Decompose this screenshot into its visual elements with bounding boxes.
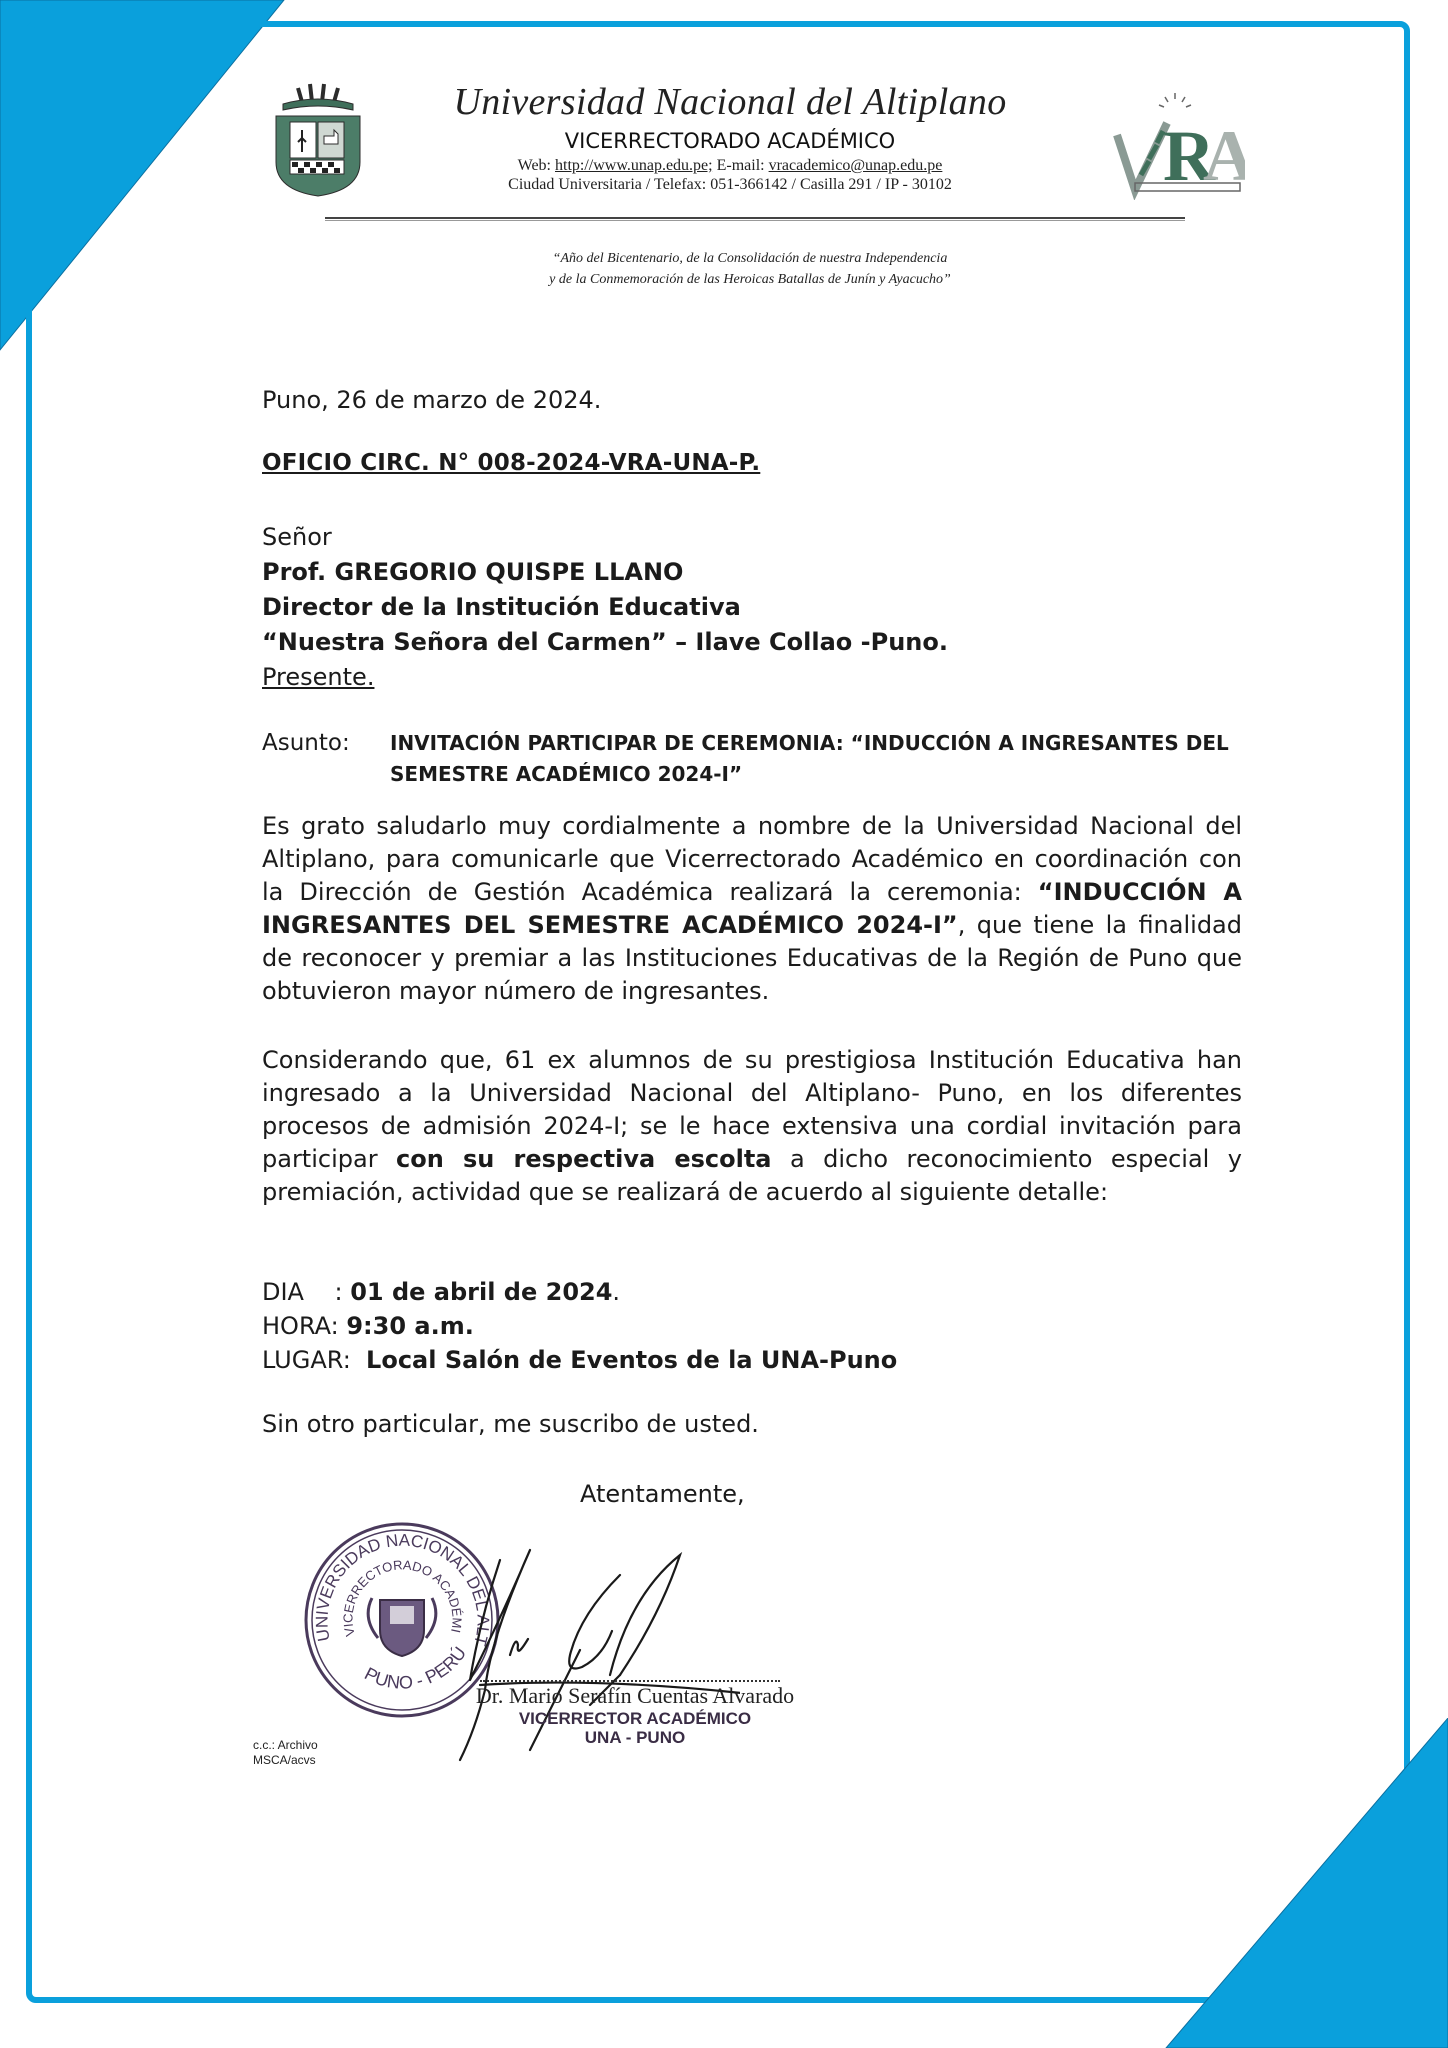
place-value: Local Salón de Eventos de la UNA-Puno [366,1343,897,1377]
detail-place: LUGAR: Local Salón de Eventos de la UNA-… [262,1343,1242,1377]
day-label: DIA : [262,1275,350,1309]
event-details: DIA : 01 de abril de 2024. HORA: 9:30 a.… [262,1275,1242,1377]
letter-date: Puno, 26 de marzo de 2024. [262,386,1242,414]
escort-emphasis: con su respectiva escolta [396,1145,771,1173]
day-value: 01 de abril de 2024 [350,1275,612,1309]
signer-organization: UNA - PUNO [470,1728,800,1747]
paragraph-1: Es grato saludarlo muy cordialmente a no… [262,810,1242,1008]
svg-text:A: A [1203,116,1245,196]
university-name: Universidad Nacional del Altiplano [380,80,1080,124]
salutation: Señor [262,520,1242,555]
valediction: Atentamente, [580,1480,745,1508]
contact-address: Ciudad Universitaria / Telefax: 051-3661… [380,175,1080,194]
time-value: 9:30 a.m. [346,1309,474,1343]
email-link[interactable]: vracademico@unap.edu.pe [769,157,943,174]
letterhead-rule [325,217,1185,221]
closing-line: Sin otro particular, me suscribo de uste… [262,1410,1242,1438]
recipient-role: Director de la Institución Educativa [262,590,1242,625]
carbon-copy-note: c.c.: Archivo MSCA/acvs [253,1738,318,1768]
detail-time: HORA: 9:30 a.m. [262,1309,1242,1343]
motto-line-1: “Año del Bicentenario, de la Consolidaci… [400,248,1100,269]
time-label: HORA: [262,1309,346,1343]
addressee-block: Señor Prof. GREGORIO QUISPE LLANO Direct… [262,520,1242,695]
university-crest-icon [268,82,368,200]
year-motto: “Año del Bicentenario, de la Consolidaci… [400,248,1100,290]
web-label: Web: [518,157,555,174]
cc-archive: c.c.: Archivo [253,1738,318,1753]
signer-title: VICERRECTOR ACADÉMICO [470,1709,800,1728]
recipient-institution: “Nuestra Señora del Carmen” – Ilave Coll… [262,625,1242,660]
signature-line [480,1680,780,1682]
contact-web-email: Web: http://www.unap.edu.pe; E-mail: vra… [380,156,1080,175]
signer-block: Dr. Mario Serafín Cuentas Alvarado VICER… [470,1683,800,1747]
subject-label: Asunto: [262,728,390,790]
letterhead: Universidad Nacional del Altiplano VICER… [260,80,1260,215]
subject-block: Asunto: INVITACIÓN PARTICIPAR DE CEREMON… [262,728,1242,790]
subject-value: INVITACIÓN PARTICIPAR DE CEREMONIA: “IND… [390,728,1242,790]
web-link[interactable]: http://www.unap.edu.pe; [555,157,713,174]
reference-number: OFICIO CIRC. N° 008-2024-VRA-UNA-P. [262,450,1242,476]
email-label: E-mail: [713,157,769,174]
vra-logo-icon: R A [1105,85,1245,200]
day-period: . [612,1275,620,1309]
corner-triangle-bottom-right [1128,1718,1448,2048]
office-name: VICERRECTORADO ACADÉMICO [380,126,1080,156]
motto-line-2: y de la Conmemoración de las Heroicas Ba… [400,269,1100,290]
cc-initials: MSCA/acvs [253,1753,318,1768]
signer-name: Dr. Mario Serafín Cuentas Alvarado [470,1683,800,1709]
paragraph-2: Considerando que, 61 ex alumnos de su pr… [262,1044,1242,1209]
detail-day: DIA : 01 de abril de 2024. [262,1275,1242,1309]
recipient-name: Prof. GREGORIO QUISPE LLANO [262,555,1242,590]
presente-line: Presente. [262,660,1242,695]
place-label: LUGAR: [262,1343,366,1377]
